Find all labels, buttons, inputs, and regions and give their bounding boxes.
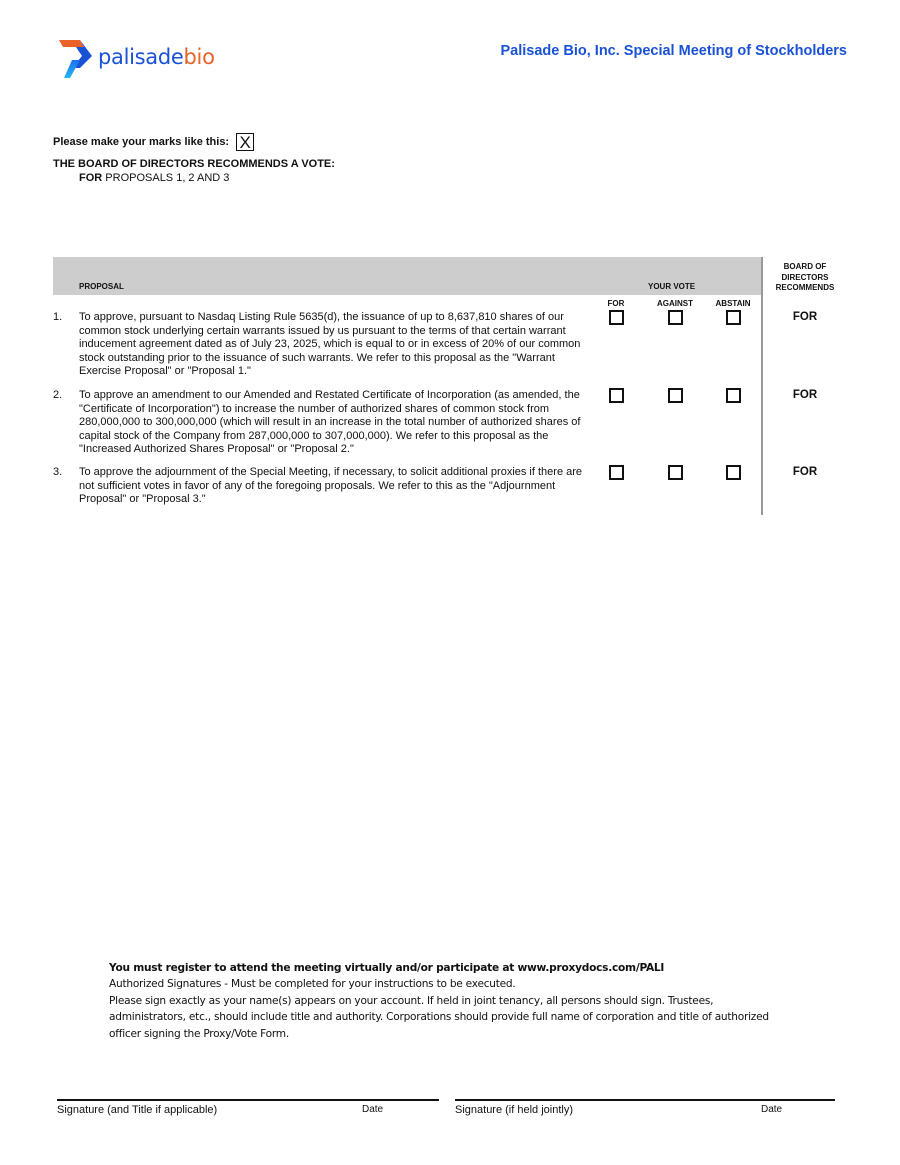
board-recommendation: FOR: [763, 311, 847, 323]
vote-abstain-checkbox[interactable]: [726, 388, 741, 403]
signature-line-2[interactable]: [455, 1099, 835, 1101]
signature-2-label: Signature (if held jointly): [455, 1104, 573, 1116]
logo-text: palisadebio: [98, 45, 215, 69]
vote-for-checkbox[interactable]: [609, 310, 624, 325]
registration-notice: You must register to attend the meeting …: [109, 960, 789, 976]
signature-instructions: You must register to attend the meeting …: [109, 960, 789, 1042]
vote-against-checkbox[interactable]: [668, 310, 683, 325]
marked-checkbox-example-icon: X: [236, 133, 254, 151]
proposal-number: 2.: [53, 389, 62, 401]
vote-option-abstain-label: ABSTAIN: [703, 299, 763, 308]
vote-for-checkbox[interactable]: [609, 465, 624, 480]
proposal-text: To approve, pursuant to Nasdaq Listing R…: [79, 311, 591, 379]
vote-against-checkbox[interactable]: [668, 465, 683, 480]
palisade-p-logo-icon: [58, 38, 96, 80]
vote-against-checkbox[interactable]: [668, 388, 683, 403]
vote-option-against-label: AGAINST: [645, 299, 705, 308]
authorized-signatures-note: Authorized Signatures - Must be complete…: [109, 976, 789, 992]
marks-instruction: Please make your marks like this: X: [53, 133, 254, 151]
board-recommendation: FOR: [763, 466, 847, 478]
board-recommendation-heading: THE BOARD OF DIRECTORS RECOMMENDS A VOTE…: [53, 158, 335, 170]
board-recommendation-detail: FOR PROPOSALS 1, 2 AND 3: [79, 172, 229, 184]
date-2-label: Date: [761, 1104, 782, 1115]
proposal-text: To approve an amendment to our Amended a…: [79, 389, 591, 457]
column-header-board-recommends: BOARD OF DIRECTORS RECOMMENDS: [763, 262, 847, 294]
marks-label: Please make your marks like this:: [53, 136, 229, 148]
page-title: Palisade Bio, Inc. Special Meeting of St…: [501, 43, 847, 59]
sign-instructions: Please sign exactly as your name(s) appe…: [109, 993, 789, 1042]
board-recommendation: FOR: [763, 389, 847, 401]
signature-1-label: Signature (and Title if applicable): [57, 1104, 217, 1116]
column-header-your-vote: YOUR VOTE: [648, 282, 695, 291]
vote-abstain-checkbox[interactable]: [726, 310, 741, 325]
proposal-number: 3.: [53, 466, 62, 478]
vote-abstain-checkbox[interactable]: [726, 465, 741, 480]
vote-option-for-label: FOR: [586, 299, 646, 308]
signature-line-1[interactable]: [57, 1099, 439, 1101]
date-1-label: Date: [362, 1104, 383, 1115]
proposal-number: 1.: [53, 311, 62, 323]
column-header-proposal: PROPOSAL: [79, 282, 124, 291]
proposal-text: To approve the adjournment of the Specia…: [79, 466, 591, 507]
vote-for-checkbox[interactable]: [609, 388, 624, 403]
company-logo: palisadebio: [58, 38, 215, 80]
